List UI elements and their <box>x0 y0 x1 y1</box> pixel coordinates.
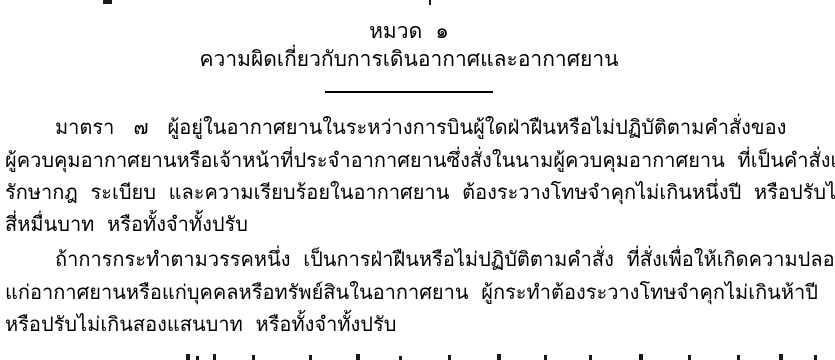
ink-fragment <box>544 355 547 360</box>
ink-fragment <box>814 355 817 360</box>
text-line: รักษากฎ ระเบียบ และความเรียบร้อยในอากาศย… <box>5 179 835 206</box>
clipped-next-line-fragments <box>0 352 835 360</box>
text-line: สี่หมื่นบาท หรือทั้งจำทั้งปรับ <box>5 211 248 238</box>
ink-fragment <box>309 355 312 360</box>
ink-fragment <box>589 355 592 360</box>
document-page: หมวด ๑ ความผิดเกี่ยวกับการเดินอากาศและอา… <box>0 0 835 360</box>
ink-fragment <box>737 355 740 360</box>
ink-fragment <box>103 0 112 4</box>
text-line: ผู้ควบคุมอากาศยานหรือเจ้าหน้าที่ประจำอาก… <box>5 147 835 174</box>
ink-fragment <box>356 354 360 360</box>
ink-fragment <box>399 356 402 360</box>
ink-fragment <box>639 354 643 360</box>
section-title: ความผิดเกี่ยวกับการเดินอากาศและอากาศยาน <box>0 46 818 72</box>
ink-fragment <box>252 355 255 360</box>
ink-fragment <box>448 355 451 360</box>
ink-fragment <box>497 354 501 360</box>
text-line: แก่อากาศยานหรือแก่บุคคลหรือทรัพย์สินในอา… <box>5 279 818 306</box>
ink-fragment <box>688 355 691 360</box>
horizontal-divider <box>325 91 493 93</box>
ink-fragment <box>196 356 199 360</box>
text-line-section7-start: มาตรา ๗ ผู้อยู่ในอากาศยานในระหว่างการบิน… <box>55 114 786 141</box>
ink-fragment <box>779 354 783 360</box>
chapter-heading: หมวด ๑ <box>0 18 818 44</box>
clipped-previous-line-fragments <box>0 0 835 8</box>
ink-fragment <box>186 354 190 360</box>
text-line: หรือปรับไม่เกินสองแสนบาท หรือทั้งจำทั้งป… <box>5 311 396 338</box>
ink-fragment <box>213 354 216 360</box>
ink-fragment <box>429 0 431 5</box>
text-line-paragraph2-start: ถ้าการกระทำตามวรรคหนึ่ง เป็นการฝ่าฝืนหรื… <box>55 246 835 273</box>
